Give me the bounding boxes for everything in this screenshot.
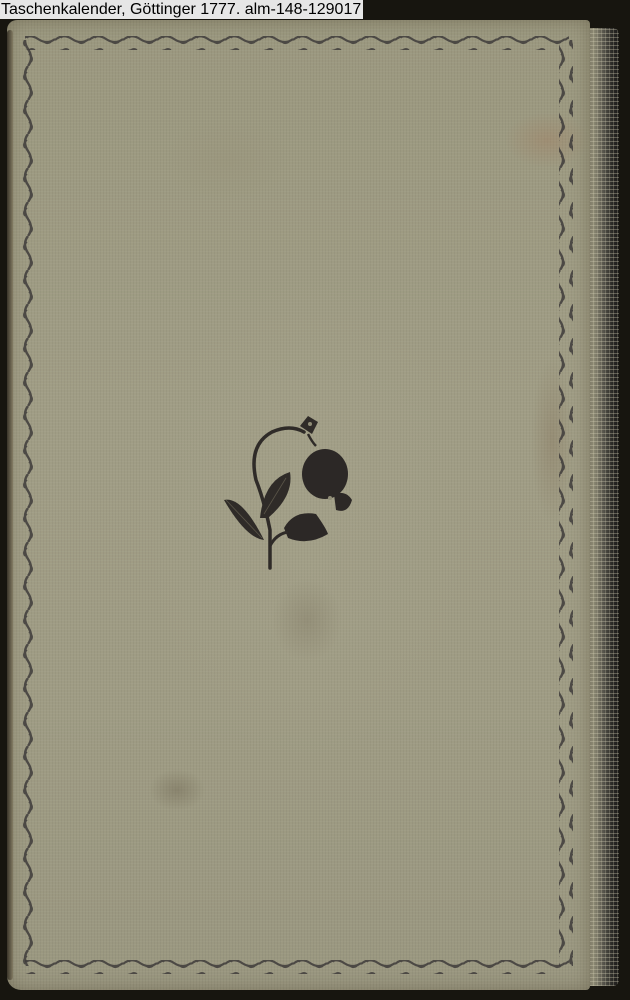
photo-stage: Taschenkalender, Göttinger 1777. alm-148… (0, 0, 630, 1000)
poppy-flower-ornament-icon (212, 410, 362, 575)
image-caption: Taschenkalender, Göttinger 1777. alm-148… (0, 0, 363, 19)
book (7, 20, 619, 992)
book-spine (585, 28, 619, 986)
cover-left-edge (7, 30, 13, 980)
book-back-cover (7, 20, 590, 990)
